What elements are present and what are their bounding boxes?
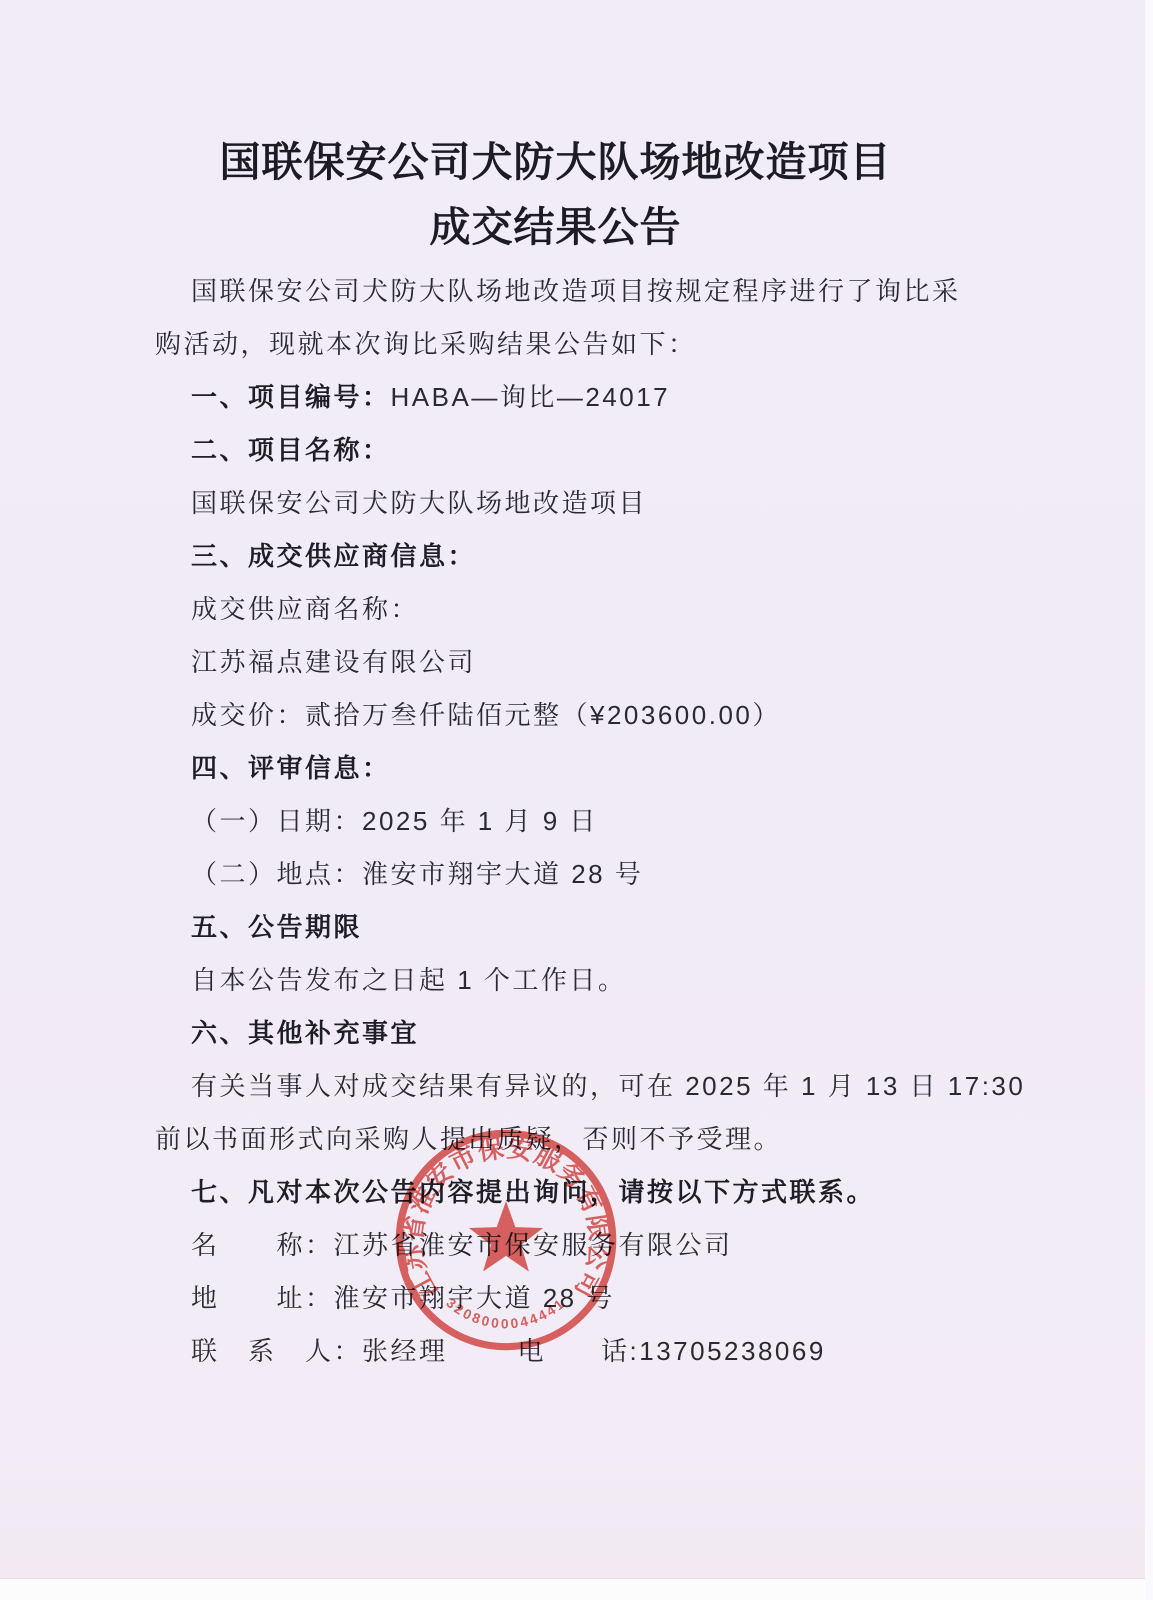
document-title: 国联保安公司犬防大队场地改造项目 成交结果公告 <box>133 130 978 260</box>
section-4-heading: 四、评审信息： <box>155 742 1015 795</box>
review-place: （二）地点：淮安市翔宇大道 28 号 <box>155 848 1015 901</box>
title-line-1: 国联保安公司犬防大队场地改造项目 <box>133 130 978 195</box>
section-1-label: 一、项目编号： <box>191 382 391 412</box>
section-2-heading: 二、项目名称： <box>155 424 1015 477</box>
section-1-project-number: 一、项目编号：HABA—询比—24017 <box>155 371 1015 424</box>
phone-label-char: 电 <box>518 1336 547 1366</box>
price-line: 成交价：贰拾万叁仟陆佰元整（¥203600.00） <box>155 689 1015 742</box>
contact-addr-line: 地 址：淮安市翔宇大道 28 号 <box>155 1272 1015 1325</box>
intro-line-1: 国联保安公司犬防大队场地改造项目按规定程序进行了询比采 <box>155 265 1015 318</box>
intro-line-2: 购活动，现就本次询比采购结果公告如下： <box>155 318 1015 371</box>
section-7-heading: 七、凡对本次公告内容提出询问，请按以下方式联系。 <box>155 1166 1015 1219</box>
section-2-project-name: 国联保安公司犬防大队场地改造项目 <box>155 477 1015 530</box>
section-5-heading: 五、公告期限 <box>155 901 1015 954</box>
scan-edge-right <box>1145 0 1153 1600</box>
contact-person: 联 系 人：张经理 <box>191 1336 448 1366</box>
section-1-value: HABA—询比—24017 <box>391 382 671 412</box>
scanned-announcement-page: 国联保安公司犬防大队场地改造项目 成交结果公告 国联保安公司犬防大队场地改造项目… <box>0 0 1153 1600</box>
document-body: 国联保安公司犬防大队场地改造项目按规定程序进行了询比采 购活动，现就本次询比采购… <box>155 265 1015 1378</box>
supplier-name: 江苏福点建设有限公司 <box>155 636 1015 689</box>
supplier-label: 成交供应商名称： <box>155 583 1015 636</box>
contact-name-line: 名 称：江苏省淮安市保安服务有限公司 <box>155 1219 1015 1272</box>
scan-edge-bottom <box>0 1578 1153 1600</box>
section-3-heading: 三、成交供应商信息： <box>155 530 1015 583</box>
section-6-line-1: 有关当事人对成交结果有异议的，可在 2025 年 1 月 13 日 17:30 <box>155 1060 1015 1113</box>
section-5-value: 自本公告发布之日起 1 个工作日。 <box>155 954 1015 1007</box>
review-date: （一）日期：2025 年 1 月 9 日 <box>155 795 1015 848</box>
title-line-2: 成交结果公告 <box>133 195 978 260</box>
phone-number: 话:13705238069 <box>601 1336 826 1366</box>
section-6-heading: 六、其他补充事宜 <box>155 1007 1015 1060</box>
contact-phone-line: 联 系 人：张经理电话:13705238069 <box>155 1325 1015 1378</box>
section-6-line-2: 前以书面形式向采购人提出质疑，否则不予受理。 <box>155 1113 1015 1166</box>
